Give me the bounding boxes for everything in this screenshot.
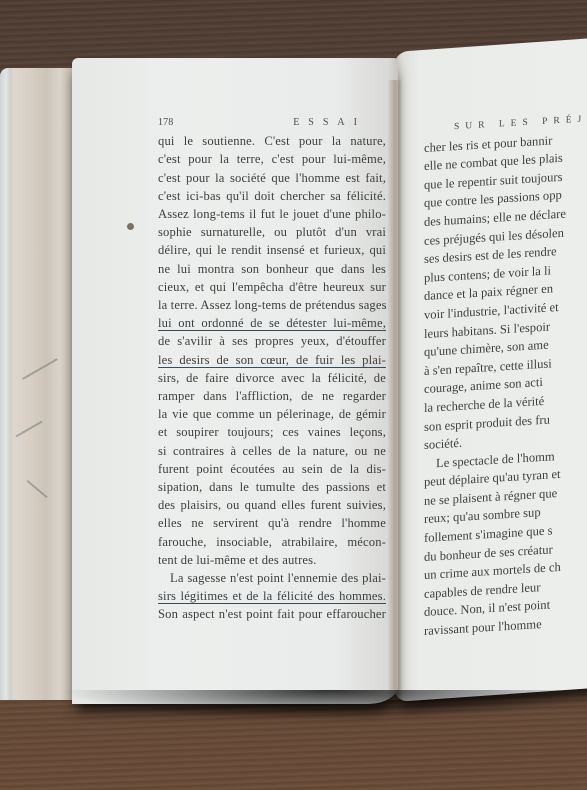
text-line: la terre. Assez long-tems de prétendus s… (158, 296, 386, 314)
text-line: cieux, et qui l'empêcha d'être heureux s… (158, 278, 386, 296)
left-running-head: 178 ESSAI (158, 114, 386, 132)
text-line: des plaisirs, ou quand elles furent suiv… (158, 496, 386, 514)
text-line: farouche, insociable, atrabilaire, mécon… (158, 533, 386, 551)
text-line: tent de lui-même et des autres. (158, 551, 386, 569)
text-line: c'est pour la terre, c'est pour lui-même… (158, 150, 386, 168)
underlined-text-line: les desirs de son cœur, de fuir les plai… (158, 351, 386, 369)
right-page-text: SUR LES PRÉJU cher les ris et pour banni… (424, 110, 587, 641)
paper-spot (127, 223, 134, 230)
text-line: sirs, de faire divorce avec la félicité,… (158, 369, 386, 387)
text-line: furent point écoutées au sein de la dis- (158, 460, 386, 478)
ink-stain (26, 480, 47, 498)
text-line: de s'avilir à ses propres yeux, d'étouff… (158, 332, 386, 350)
text-line: c'est ici-bas qu'il doit chercher sa fél… (158, 187, 386, 205)
text-line: sipation, dans le tumulte des passions e… (158, 478, 386, 496)
underlined-text-line: sirs légitimes et de la félicité des hom… (158, 587, 386, 605)
running-title: ESSAI (293, 114, 386, 132)
text-line: La sagesse n'est point l'ennemie des pla… (158, 569, 386, 587)
book-shadow (60, 690, 587, 720)
text-line: ramper dans l'affliction, de ne regarder (158, 387, 386, 405)
text-line: ne lui montra son bonheur que dans les (158, 260, 386, 278)
text-line: si contraires à celles de la nature, ou … (158, 442, 386, 460)
photo-scene: 178 ESSAI qui le soutienne. C'est pour l… (0, 0, 587, 790)
book-gutter (388, 80, 402, 700)
text-line: la vie que comme un pélerinage, de gémir (158, 405, 386, 423)
text-line: Son aspect n'est point fait pour effarou… (158, 605, 386, 623)
ink-stain (16, 421, 43, 438)
page-number: 178 (158, 114, 173, 132)
page-stack-edge (0, 68, 80, 700)
text-line: elles ne servirent qu'à rendre l'homme (158, 514, 386, 532)
text-line: délire, qui le rendit insensé et furieux… (158, 241, 386, 259)
text-line: sophie surnaturelle, ou plutôt d'un vrai (158, 223, 386, 241)
underlined-text-line: lui ont ordonné de se détester lui-même, (158, 314, 386, 332)
text-line: et soupirer toujours; ces vaines leçons, (158, 423, 386, 441)
left-page-text: 178 ESSAI qui le soutienne. C'est pour l… (158, 114, 386, 624)
text-line: qui le soutienne. C'est pour la nature, (158, 132, 386, 150)
text-line: Assez long-tems il fut le jouet d'une ph… (158, 205, 386, 223)
text-line: c'est pour la société que l'homme est fa… (158, 169, 386, 187)
ink-stain (22, 358, 58, 380)
